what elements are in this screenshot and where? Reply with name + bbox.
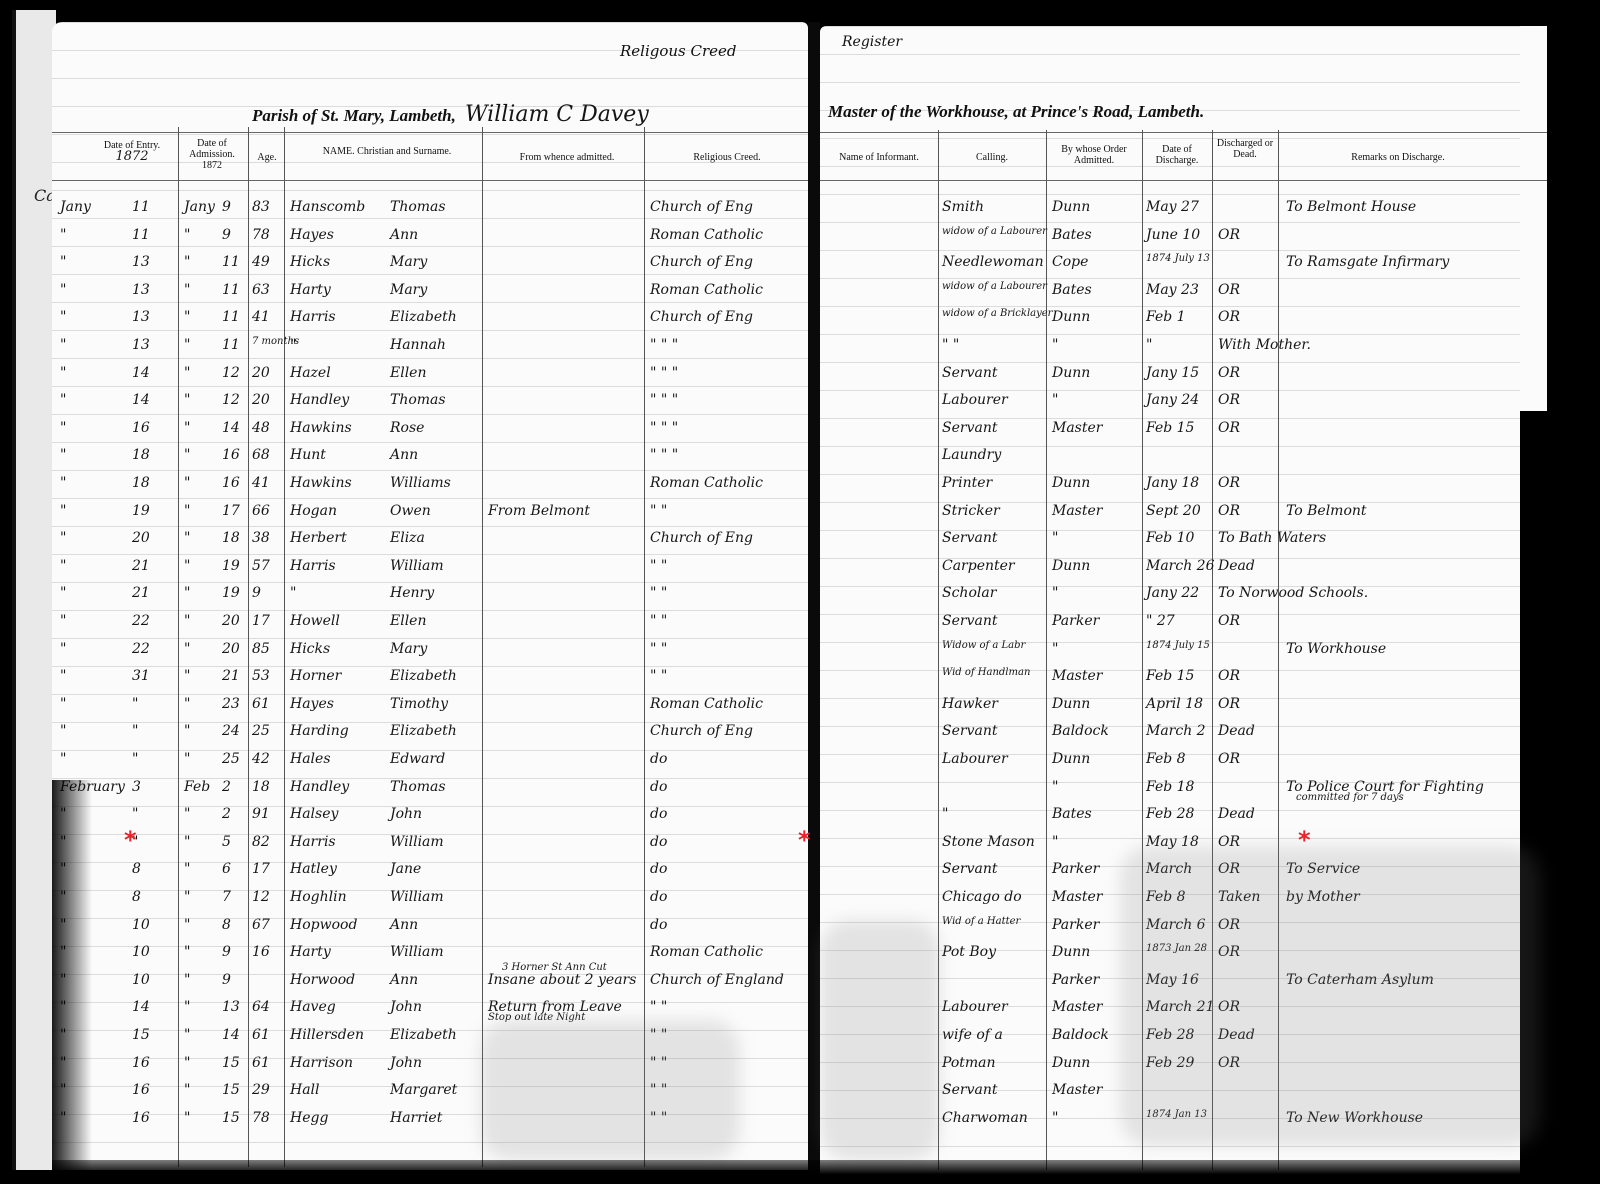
order-admitted-cell: Bates [1052,281,1092,299]
age-cell: 17 [252,612,270,630]
col-header-from-whence: From whence admitted. [482,152,652,163]
religious-creed-cell: do [650,916,667,934]
left-page-title: Parish of St. Mary, Lambeth, William C D… [252,102,649,127]
entry-day-cell: 10 [132,971,150,989]
entry-day-cell: " [132,722,138,740]
order-admitted-cell: Parker [1052,612,1099,630]
admission-day-cell: 13 [222,998,240,1016]
remarks-cell: To Belmont House [1286,198,1416,216]
calling-cell: widow of a Labourer [942,281,1047,292]
entry-month-cell: " [60,253,66,271]
page-edge-grime [52,780,92,1184]
discharge-date-cell: " 27 [1146,612,1175,630]
admission-day-cell: 2 [222,778,231,796]
surname-cell: Harding [290,722,349,740]
admission-day-cell: 6 [222,860,231,878]
surname-cell: Harris [290,833,336,851]
entry-day-cell: 13 [132,308,150,326]
religious-creed-cell: Roman Catholic [650,281,763,299]
order-admitted-cell: Master [1052,502,1102,520]
religious-creed-cell: " " " [650,446,678,464]
admission-day-cell: 17 [222,502,240,520]
religious-creed-cell: do [650,860,667,878]
religious-creed-cell: " " [650,584,667,602]
admission-month-cell: " [184,1081,190,1099]
admission-month-cell: " [184,612,190,630]
discharge-date-cell: 1874 July 15 [1146,640,1210,651]
discharge-date-cell: Feb 15 [1146,667,1194,685]
entry-day-cell: 14 [132,998,150,1016]
entry-day-cell: 8 [132,888,141,906]
entry-month-cell: " [60,391,66,409]
admission-day-cell: 7 [222,888,231,906]
religious-creed-cell: do [650,888,667,906]
order-admitted-cell: Dunn [1052,364,1090,382]
calling-cell: Servant [942,612,997,630]
entry-month-cell: " [60,640,66,658]
forename-cell: William [390,557,444,575]
religious-creed-cell: " " " [650,391,678,409]
order-admitted-cell: " [1052,833,1058,851]
religious-creed-cell: Roman Catholic [650,226,763,244]
surname-cell: " [290,584,296,602]
forename-cell: Elizabeth [390,722,457,740]
order-admitted-cell: " [1052,1109,1058,1127]
surname-cell: Hall [290,1081,320,1099]
calling-cell: Scholar [942,584,996,602]
calling-cell: " " [942,336,959,354]
admission-day-cell: 15 [222,1081,240,1099]
admission-day-cell: 15 [222,1054,240,1072]
entry-day-cell: 21 [132,584,150,602]
calling-cell: Wid of a Hatter [942,916,1020,927]
discharge-date-cell: Sept 20 [1146,502,1201,520]
surname-cell: Hicks [290,253,330,271]
calling-cell: Chicago do [942,888,1022,906]
religious-creed-cell: " " " [650,336,678,354]
workhouse-title: Master of the Workhouse, at Prince's Roa… [828,102,1204,122]
admission-month-cell: " [184,667,190,685]
entry-day-cell: " [132,695,138,713]
forename-cell: Thomas [390,391,446,409]
admission-month-cell: Jany [184,198,215,216]
entry-day-cell: 18 [132,446,150,464]
age-cell: 67 [252,916,270,934]
admission-month-cell: " [184,281,190,299]
surname-cell: Hales [290,750,331,768]
admission-day-cell: 9 [222,971,231,989]
entry-day-cell: 16 [132,1109,150,1127]
discharged-or-dead-cell: OR [1218,612,1240,630]
age-cell: 25 [252,722,270,740]
entry-day-cell: 10 [132,916,150,934]
discharged-or-dead-cell: OR [1218,695,1240,713]
forename-cell: Jane [390,860,421,878]
forename-cell: Mary [390,640,427,658]
discharge-date-cell: Feb 1 [1146,308,1186,326]
surname-cell: Handley [290,778,349,796]
religious-creed-cell: do [650,778,667,796]
underlying-page-edge [12,10,56,1170]
discharge-date-cell: " [1146,336,1152,354]
discharge-date-cell: Jany 15 [1146,364,1199,382]
discharged-or-dead-cell: OR [1218,750,1240,768]
religious-creed-cell: do [650,833,667,851]
admission-day-cell: 9 [222,198,231,216]
book-spine [808,22,820,1184]
entry-day-cell: 18 [132,474,150,492]
forename-cell: Elizabeth [390,308,457,326]
surname-cell: Hoghlin [290,888,347,906]
order-admitted-cell: Cope [1052,253,1088,271]
order-admitted-cell: " [1052,391,1058,409]
surname-cell: Handley [290,391,349,409]
discharge-date-cell: Feb 15 [1146,419,1194,437]
discharge-date-cell: Jany 22 [1146,584,1199,602]
col-header-entry: Date of Entry.1872 [102,140,162,163]
entry-day-cell: 13 [132,253,150,271]
order-admitted-cell: Dunn [1052,308,1090,326]
calling-cell: Charwoman [942,1109,1028,1127]
discharge-date-cell: Jany 24 [1146,391,1199,409]
admission-day-cell: 11 [222,281,240,299]
calling-cell: Servant [942,529,997,547]
entry-day-cell: 13 [132,336,150,354]
entry-day-cell: 20 [132,529,150,547]
discharged-or-dead-cell: OR [1218,281,1240,299]
surname-cell: Hatley [290,860,337,878]
page-bottom-edge [52,1160,1552,1184]
forename-cell: Margaret [390,1081,457,1099]
forename-cell: William [390,943,444,961]
admission-month-cell: " [184,446,190,464]
order-admitted-cell: Bates [1052,226,1092,244]
entry-month-cell: " [60,722,66,740]
discharge-date-cell: Feb 28 [1146,805,1194,823]
entry-day-cell: 11 [132,226,150,244]
remarks-subnote: committed for 7 days [1296,792,1404,803]
age-cell: 49 [252,253,270,271]
entry-month-cell: " [60,695,66,713]
calling-cell: Pot Boy [942,943,996,961]
remarks-cell: To Belmont [1286,502,1367,520]
admission-month-cell: " [184,833,190,851]
admission-day-cell: 9 [222,943,231,961]
age-cell: 48 [252,419,270,437]
forename-cell: Eliza [390,529,425,547]
admission-month-cell: " [184,1026,190,1044]
discharge-date-cell: Feb 10 [1146,529,1194,547]
religious-creed-cell: do [650,805,667,823]
entry-month-cell: " [60,557,66,575]
admission-day-cell: 24 [222,722,240,740]
religious-creed-cell: " " [650,998,667,1016]
entry-day-cell: 14 [132,391,150,409]
forename-cell: Thomas [390,198,446,216]
admission-month-cell: " [184,529,190,547]
admission-day-cell: 16 [222,474,240,492]
order-admitted-cell: Dunn [1052,750,1090,768]
col-header-admission: Date of Admission.1872 [177,138,247,171]
surname-cell: Hillersden [290,1026,364,1044]
forename-cell: William [390,888,444,906]
order-admitted-cell: Dunn [1052,943,1090,961]
discharged-or-dead-cell: Dead [1218,805,1255,823]
entry-day-cell: 15 [132,1026,150,1044]
entry-month-cell: " [60,612,66,630]
surname-cell: Hogan [290,502,337,520]
order-admitted-cell: " [1052,640,1058,658]
calling-cell: widow of a Labourer [942,226,1047,237]
admission-month-cell: " [184,1054,190,1072]
forename-cell: Rose [390,419,424,437]
calling-cell: Servant [942,860,997,878]
admission-day-cell: 20 [222,640,240,658]
age-cell: 20 [252,364,270,382]
religious-creed-cell: " " [650,502,667,520]
order-admitted-cell: Parker [1052,971,1099,989]
surname-cell: Howell [290,612,340,630]
admission-month-cell: " [184,364,190,382]
order-admitted-cell: Master [1052,888,1102,906]
admission-month-cell: " [184,502,190,520]
calling-cell: Stone Mason [942,833,1035,851]
admission-month-cell: " [184,916,190,934]
surname-cell: Hunt [290,446,326,464]
col-header-creed: Religious Creed. [647,152,807,163]
forename-cell: Mary [390,281,427,299]
admission-day-cell: 8 [222,916,231,934]
forename-cell: Ann [390,971,418,989]
calling-cell: Widow of a Labr [942,640,1025,651]
order-admitted-cell: Master [1052,419,1102,437]
religious-creed-cell: Roman Catholic [650,943,763,961]
forename-cell: Owen [390,502,431,520]
entry-month-cell: " [60,750,66,768]
religious-creed-cell: " " " [650,419,678,437]
admission-day-cell: 11 [222,308,240,326]
admission-month-cell: " [184,557,190,575]
calling-cell: Labourer [942,998,1008,1016]
surname-cell: Herbert [290,529,347,547]
discharged-or-dead-cell: OR [1218,308,1240,326]
admission-day-cell: 14 [222,1026,240,1044]
order-admitted-cell: Dunn [1052,695,1090,713]
religious-creed-cell: Church of Eng [650,308,753,326]
entry-day-cell: 16 [132,419,150,437]
entry-month-cell: " [60,529,66,547]
surname-cell: Hawkins [290,419,352,437]
entry-day-cell: 31 [132,667,150,685]
admission-day-cell: 19 [222,557,240,575]
admission-month-cell: " [184,750,190,768]
admission-month-cell: " [184,226,190,244]
discharge-date-cell: 1874 July 13 [1146,253,1210,264]
entry-month-cell: " [60,474,66,492]
order-admitted-cell: Baldock [1052,1026,1109,1044]
entry-day-cell: 11 [132,198,150,216]
admission-day-cell: 2 [222,805,231,823]
discharged-or-dead-cell: OR [1218,226,1240,244]
forename-cell: Williams [390,474,451,492]
order-admitted-cell: Parker [1052,860,1099,878]
left-page: Religous Creed Parish of St. Mary, Lambe… [52,22,808,1170]
discharge-date-cell: May 23 [1146,281,1199,299]
entry-month-cell: " [60,419,66,437]
religious-creed-cell: Roman Catholic [650,695,763,713]
forename-cell: Henry [390,584,434,602]
calling-cell: Smith [942,198,984,216]
surname-cell: Hopwood [290,916,357,934]
admission-day-cell: 9 [222,226,231,244]
admission-month-cell: Feb [184,778,210,796]
entry-day-cell: " [132,750,138,768]
admission-day-cell: 18 [222,529,240,547]
age-cell: 78 [252,1109,270,1127]
admission-day-cell: 12 [222,364,240,382]
master-name: William C Davey [465,102,649,127]
calling-cell: Servant [942,419,997,437]
asterisk-marker-left: * [124,826,137,854]
admission-month-cell: " [184,805,190,823]
col-header-calling: Calling. [938,152,1046,163]
admission-day-cell: 23 [222,695,240,713]
age-cell: 29 [252,1081,270,1099]
religious-creed-cell: Church of Eng [650,529,753,547]
age-cell: 57 [252,557,270,575]
col-header-remarks: Remarks on Discharge. [1278,152,1518,163]
from-whence-cell: From Belmont [488,502,590,520]
col-header-discharge-date: Date of Discharge. [1142,144,1212,166]
order-admitted-cell: Master [1052,1081,1102,1099]
age-cell: 41 [252,474,270,492]
calling-cell: Carpenter [942,557,1015,575]
age-cell: 42 [252,750,270,768]
order-admitted-cell: Dunn [1052,557,1090,575]
admission-month-cell: " [184,336,190,354]
order-admitted-cell: Dunn [1052,198,1090,216]
admission-month-cell: " [184,640,190,658]
surname-cell: Halsey [290,805,338,823]
calling-cell: Laundry [942,446,1001,464]
surname-cell: Harty [290,943,331,961]
calling-cell: Stricker [942,502,1000,520]
entry-month-cell: " [60,667,66,685]
parish-title: Parish of St. Mary, Lambeth, [252,106,456,125]
admission-month-cell: " [184,391,190,409]
admission-day-cell: 16 [222,446,240,464]
age-cell: 61 [252,1026,270,1044]
religious-creed-cell: Church of Eng [650,722,753,740]
discharge-date-cell: June 10 [1146,226,1200,244]
forename-cell: Ann [390,226,418,244]
discharge-date-cell: Jany 18 [1146,474,1199,492]
entry-day-cell: 13 [132,281,150,299]
age-cell: 66 [252,502,270,520]
col-header-informant: Name of Informant. [820,152,938,163]
age-cell: 82 [252,833,270,851]
calling-cell: Wid of Handlman [942,667,1030,678]
entry-day-cell: 10 [132,943,150,961]
entry-month-cell: " [60,584,66,602]
col-header-discharged-dead: Discharged or Dead. [1212,138,1278,160]
forename-cell: John [390,998,422,1016]
calling-cell: Servant [942,722,997,740]
age-cell: 41 [252,308,270,326]
from-whence-note: 3 Horner St Ann Cut [502,962,607,973]
calling-cell: " [942,805,948,823]
entry-day-cell: 22 [132,640,150,658]
admission-day-cell: 14 [222,419,240,437]
admission-month-cell: " [184,419,190,437]
forename-cell: Timothy [390,695,448,713]
discharged-or-dead-cell: OR [1218,419,1240,437]
entry-month-cell: Jany [60,198,91,216]
calling-cell: widow of a Bricklayer [942,308,1052,319]
discharged-or-dead-cell: OR [1218,474,1240,492]
entry-day-cell: 3 [132,778,141,796]
religious-creed-cell: " " [650,612,667,630]
admission-day-cell: 20 [222,612,240,630]
surname-cell: Horwood [290,971,355,989]
admission-day-cell: 15 [222,1109,240,1127]
col-header-name: NAME. Christian and Surname. [292,146,482,157]
discharge-date-cell: April 18 [1146,695,1203,713]
entry-month-cell: " [60,226,66,244]
discharged-or-dead-cell: OR [1218,502,1240,520]
admission-day-cell: 19 [222,584,240,602]
admission-month-cell: " [184,474,190,492]
entry-day-cell: 16 [132,1081,150,1099]
surname-cell: Hazel [290,364,331,382]
admission-month-cell: " [184,253,190,271]
discharged-or-dead-cell: With Mother. [1218,336,1311,354]
religious-creed-cell: Church of Eng [650,253,753,271]
age-cell: 68 [252,446,270,464]
forename-cell: William [390,833,444,851]
forename-cell: Elizabeth [390,1026,457,1044]
asterisk-marker-right: * [1298,826,1311,854]
admission-day-cell: 21 [222,667,240,685]
col-header-order: By whose Order Admitted. [1046,144,1142,166]
entry-day-cell: 14 [132,364,150,382]
entry-month-cell: " [60,281,66,299]
remarks-cell: To Workhouse [1286,640,1386,658]
calling-cell: Hawker [942,695,998,713]
religious-creed-cell: " " [650,557,667,575]
calling-cell: Servant [942,364,997,382]
discharged-or-dead-cell: OR [1218,391,1240,409]
forename-cell: Ann [390,916,418,934]
order-admitted-cell: Baldock [1052,722,1109,740]
left-header-note: Religous Creed [620,42,737,60]
calling-cell: wife of a [942,1026,1003,1044]
forename-cell: Ellen [390,612,426,630]
surname-cell: Hicks [290,640,330,658]
order-admitted-cell: Bates [1052,805,1092,823]
admission-day-cell: 11 [222,336,240,354]
surname-cell: Hegg [290,1109,328,1127]
age-cell: 18 [252,778,270,796]
religious-creed-cell: " " [650,667,667,685]
order-admitted-cell: Master [1052,998,1102,1016]
order-admitted-cell: Dunn [1052,474,1090,492]
entry-month-cell: " [60,502,66,520]
age-cell: 85 [252,640,270,658]
discharged-or-dead-cell: Dead [1218,557,1255,575]
religious-creed-cell: " " " [650,364,678,382]
religious-creed-cell: " " [650,640,667,658]
